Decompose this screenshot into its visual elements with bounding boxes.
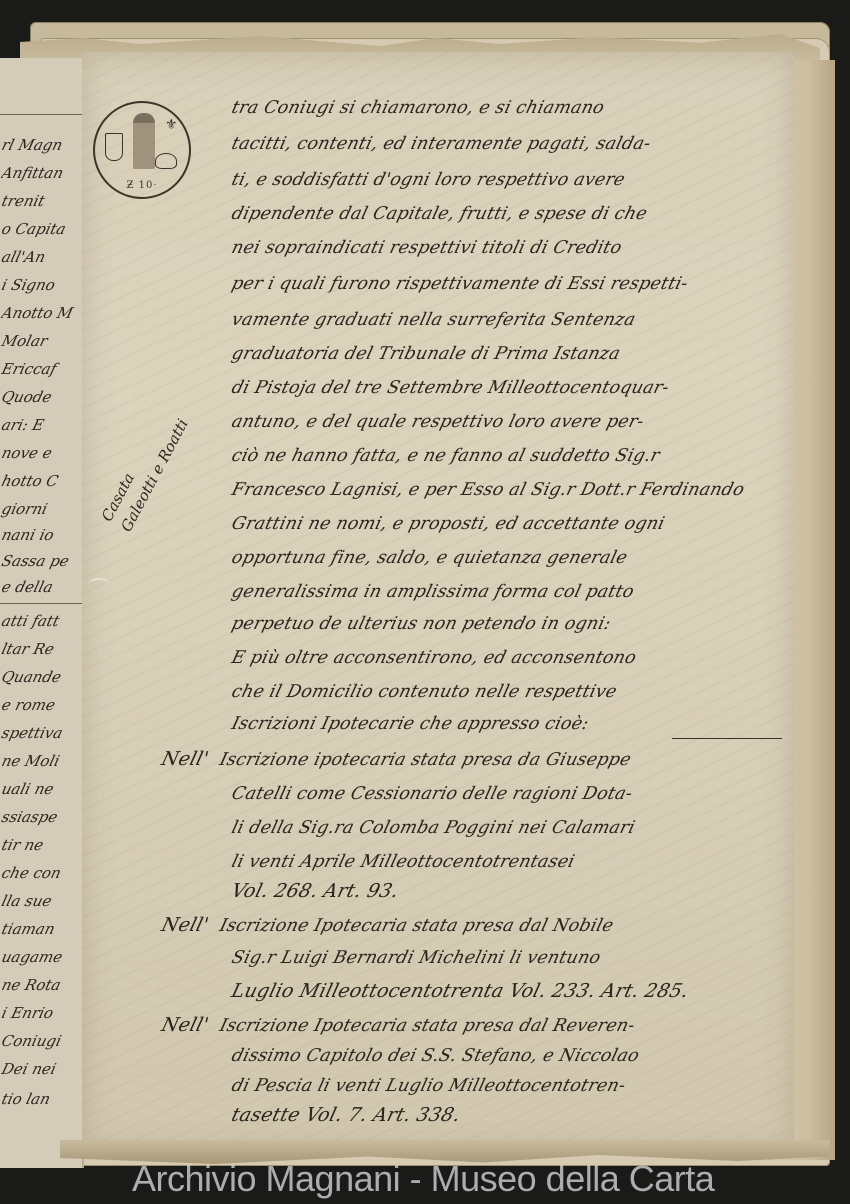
text-line: Catelli come Cessionario delle ragioni D… (230, 784, 635, 804)
text-line: Francesco Lagnisi, e per Esso al Sig.r D… (230, 480, 747, 500)
text-line: tra Coniugi si chiamarono, e si chiamano (230, 98, 607, 118)
text-line: generalissima in amplissima forma col pa… (230, 582, 637, 602)
left-fragment: o Capita (0, 220, 82, 238)
line-filler-dash (672, 738, 782, 739)
left-fragment: Coniugi (0, 1032, 82, 1050)
text-line: dipendente dal Capitale, frutti, e spese… (230, 204, 650, 224)
text-line: Sig.r Luigi Bernardi Michelini li ventun… (230, 948, 603, 968)
text-line: di Pescia li venti Luglio Milleottocento… (230, 1076, 628, 1096)
left-fragment: ssiaspe (0, 808, 82, 826)
left-fragment: tio lan (0, 1090, 82, 1108)
left-fragment: Quode (0, 388, 82, 406)
left-fragment: uali ne (0, 780, 82, 798)
text-line: li della Sig.ra Colomba Poggini nei Cala… (230, 818, 638, 838)
volume-article-ref: Vol. 268. Art. 93. (229, 880, 401, 902)
left-fragment: atti fatt (0, 612, 82, 630)
revenue-stamp: ⚜ Ƶ 10· (93, 101, 191, 199)
text-line: tacitti, contenti, ed interamente pagati… (230, 134, 653, 154)
text-line: perpetuo de ulterius non petendo in ogni… (230, 614, 613, 634)
left-page-rule (0, 603, 82, 604)
fleur-de-lis-icon: ⚜ (165, 117, 178, 133)
left-fragment: Anotto M (0, 304, 82, 322)
left-fragment: ari: E (0, 416, 82, 434)
left-fragment: Quande (0, 668, 82, 686)
left-fragment: spettiva (0, 724, 82, 742)
left-fragment: i Enrio (0, 1004, 82, 1022)
text-line: opportuna fine, saldo, e quietanza gener… (230, 548, 630, 568)
stamp-value: Ƶ 10· (95, 180, 189, 191)
left-fragment: hotto C (0, 472, 82, 490)
text-line: che il Domicilio contenuto nelle respett… (230, 682, 619, 702)
left-fragment: rl Magn (0, 136, 82, 154)
left-fragment: i Signo (0, 276, 82, 294)
text-line: per i quali furono rispettivamente di Es… (230, 274, 690, 294)
left-fragment: e rome (0, 696, 82, 714)
left-fragment: tir ne (0, 836, 82, 854)
text-line: nei sopraindicati respettivi titoli di C… (230, 238, 624, 258)
text-line: graduatoria del Tribunale di Prima Istan… (230, 344, 623, 364)
left-fragment: Sassa pe (0, 552, 82, 570)
left-fragment: uagame (0, 948, 82, 966)
binding-thread (88, 578, 110, 592)
left-fragment: lla sue (0, 892, 82, 910)
text-line: Iscrizione ipotecaria stata presa da Giu… (218, 750, 634, 770)
left-fragment: che con (0, 864, 82, 882)
text-line: antuno, e del quale respettivo loro aver… (230, 412, 647, 432)
left-fragment: ne Moli (0, 752, 82, 770)
left-fragment: e della (0, 578, 82, 596)
registration-prefix: Nell' (159, 914, 211, 936)
registration-prefix: Nell' (159, 1014, 211, 1036)
volume-article-ref: tasette Vol. 7. Art. 338. (229, 1104, 463, 1126)
text-line: Grattini ne nomi, e proposti, ed accetta… (230, 514, 667, 534)
left-fragment: tiaman (0, 920, 82, 938)
left-fragment: all'An (0, 248, 82, 266)
text-line: Iscrizioni Ipotecarie che appresso cioè: (230, 714, 591, 734)
text-line: Iscrizione Ipotecaria stata presa dal No… (218, 916, 616, 936)
text-line: vamente graduati nella surreferita Sente… (230, 310, 638, 330)
text-line: E più oltre acconsentirono, ed acconsent… (230, 648, 639, 668)
left-fragment: Molar (0, 332, 82, 350)
left-fragment: Ericcaf (0, 360, 82, 378)
left-fragment: nove e (0, 444, 82, 462)
left-fragment: Anfittan (0, 164, 82, 182)
text-line: dissimo Capitolo dei S.S. Stefano, e Nic… (230, 1046, 642, 1066)
lion-icon (155, 153, 177, 169)
archive-watermark: Archivio Magnani - Museo della Carta (132, 1158, 714, 1200)
text-line: li venti Aprile Milleottocentotrentasei (230, 852, 577, 872)
text-line: Iscrizione Ipotecaria stata presa dal Re… (218, 1016, 637, 1036)
left-fragment: trenit (0, 192, 82, 210)
coat-of-arms-icon (105, 133, 123, 161)
text-line: ciò ne hanno fatta, e ne fanno al suddet… (230, 446, 662, 466)
left-fragment: nani io (0, 526, 82, 544)
text-line: ti, e soddisfatti d'ogni loro respettivo… (230, 170, 628, 190)
text-line: Luglio Milleottocentotrenta Vol. 233. Ar… (229, 980, 691, 1002)
left-fragment: Dei nei (0, 1060, 82, 1078)
left-page-rule (0, 114, 82, 115)
crowned-figure-icon (133, 113, 155, 169)
left-fragment: ne Rota (0, 976, 82, 994)
text-line: di Pistoja del tre Settembre Milleottoce… (230, 378, 672, 398)
registration-prefix: Nell' (159, 748, 211, 770)
left-fragment: giorni (0, 500, 82, 518)
left-fragment: ltar Re (0, 640, 82, 658)
